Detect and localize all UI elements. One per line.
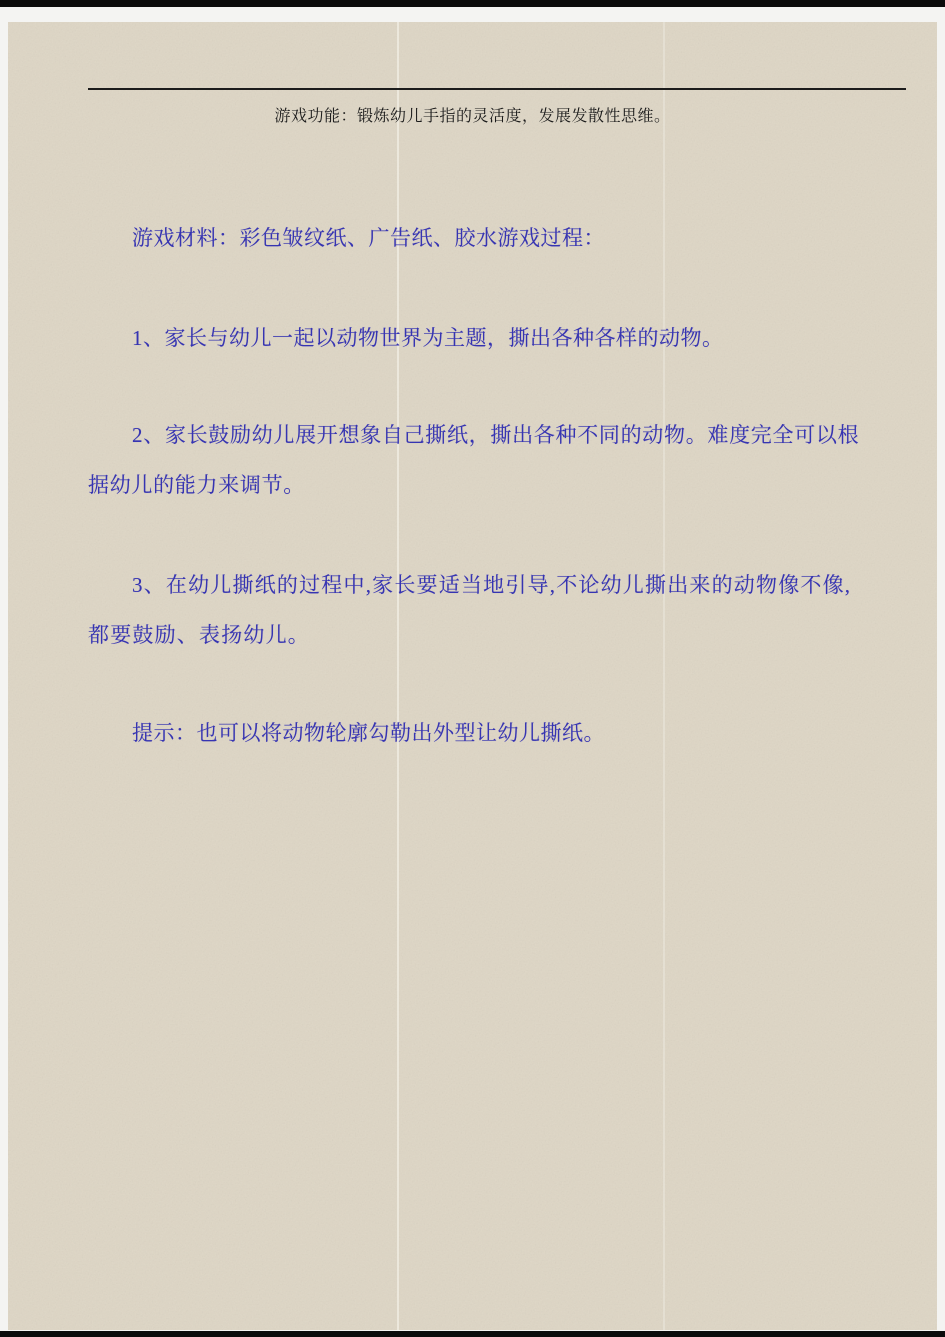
- header-divider-rule: [88, 88, 906, 90]
- paragraph-step-1: 1、家长与幼儿一起以动物世界为主题，撕出各种各样的动物。: [88, 313, 908, 363]
- document-heading: 游戏功能：锻炼幼儿手指的灵活度，发展发散性思维。: [8, 103, 937, 126]
- scanned-document-page: 游戏功能：锻炼幼儿手指的灵活度，发展发散性思维。 游戏材料：彩色皱纹纸、广告纸、…: [0, 0, 945, 1337]
- scan-edge-bar-top: [0, 0, 945, 7]
- paragraph-tip: 提示：也可以将动物轮廓勾勒出外型让幼儿撕纸。: [88, 708, 908, 758]
- paragraph-step-3: 3、在幼儿撕纸的过程中,家长要适当地引导,不论幼儿撕出来的动物像不像, 都要鼓励…: [88, 560, 908, 660]
- paragraph-step-2: 2、家长鼓励幼儿展开想象自己撕纸，撕出各种不同的动物。难度完全可以根 据幼儿的能…: [88, 410, 908, 510]
- paragraph-materials: 游戏材料：彩色皱纹纸、广告纸、胶水游戏过程：: [88, 213, 908, 263]
- scan-edge-bar-bottom: [0, 1331, 945, 1337]
